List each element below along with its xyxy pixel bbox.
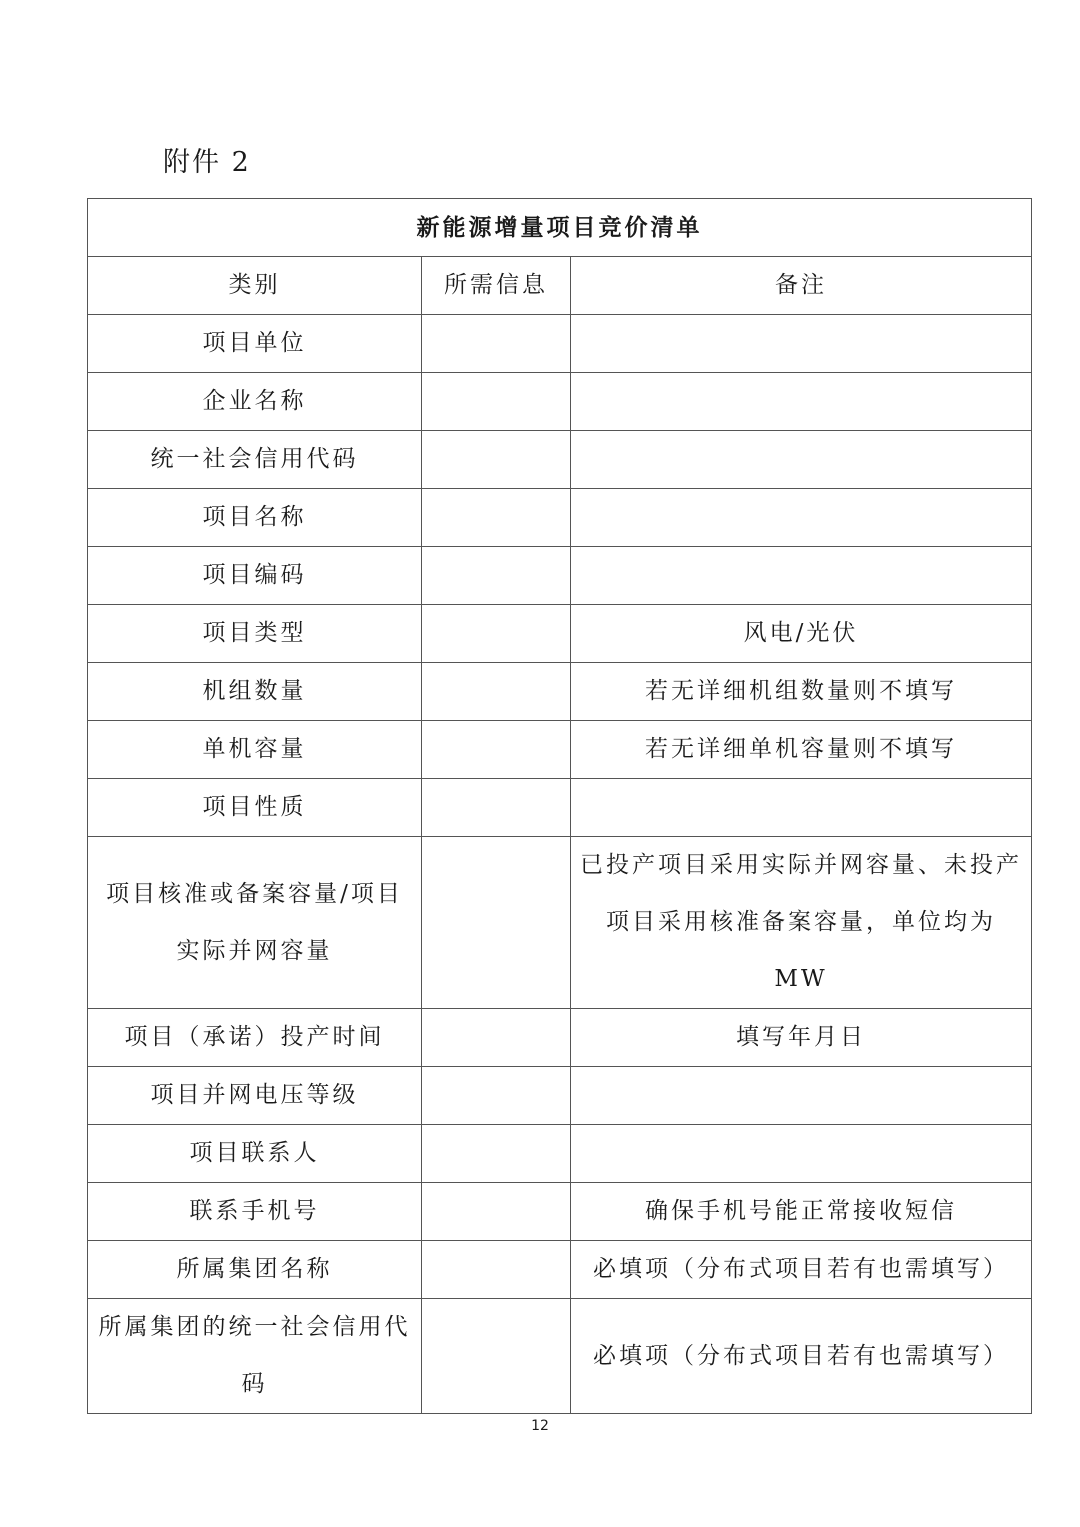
cell-category: 项目编码 <box>88 547 422 605</box>
cell-note: 若无详细机组数量则不填写 <box>571 663 1032 721</box>
header-info: 所需信息 <box>422 257 571 315</box>
table-row: 项目联系人 <box>88 1125 1032 1183</box>
cell-info[interactable] <box>422 1241 571 1299</box>
table-header-row: 类别 所需信息 备注 <box>88 257 1032 315</box>
cell-note: 必填项（分布式项目若有也需填写） <box>571 1299 1032 1414</box>
cell-info[interactable] <box>422 547 571 605</box>
cell-note <box>571 1125 1032 1183</box>
cell-note: 若无详细单机容量则不填写 <box>571 721 1032 779</box>
cell-note <box>571 373 1032 431</box>
table-row: 所属集团名称必填项（分布式项目若有也需填写） <box>88 1241 1032 1299</box>
table-title: 新能源增量项目竞价清单 <box>88 199 1032 257</box>
table-row: 项目名称 <box>88 489 1032 547</box>
cell-category: 项目性质 <box>88 779 422 837</box>
table-row: 项目性质 <box>88 779 1032 837</box>
table-row: 项目类型风电/光伏 <box>88 605 1032 663</box>
header-category: 类别 <box>88 257 422 315</box>
cell-info[interactable] <box>422 721 571 779</box>
cell-info[interactable] <box>422 605 571 663</box>
cell-info[interactable] <box>422 837 571 1009</box>
cell-info[interactable] <box>422 431 571 489</box>
cell-note <box>571 315 1032 373</box>
cell-info[interactable] <box>422 663 571 721</box>
cell-note <box>571 1067 1032 1125</box>
bid-list-table: 新能源增量项目竞价清单 类别 所需信息 备注 项目单位企业名称统一社会信用代码项… <box>87 198 1032 1414</box>
cell-info[interactable] <box>422 1067 571 1125</box>
cell-category: 机组数量 <box>88 663 422 721</box>
cell-info[interactable] <box>422 1125 571 1183</box>
cell-info[interactable] <box>422 1299 571 1414</box>
table-row: 单机容量若无详细单机容量则不填写 <box>88 721 1032 779</box>
cell-note: 风电/光伏 <box>571 605 1032 663</box>
table-title-row: 新能源增量项目竞价清单 <box>88 199 1032 257</box>
cell-category: 项目名称 <box>88 489 422 547</box>
cell-category: 所属集团名称 <box>88 1241 422 1299</box>
cell-info[interactable] <box>422 315 571 373</box>
cell-note <box>571 489 1032 547</box>
table-row: 项目核准或备案容量/项目实际并网容量已投产项目采用实际并网容量、未投产项目采用核… <box>88 837 1032 1009</box>
cell-note: 必填项（分布式项目若有也需填写） <box>571 1241 1032 1299</box>
cell-note <box>571 779 1032 837</box>
page-number: 12 <box>0 1418 1080 1434</box>
cell-category: 统一社会信用代码 <box>88 431 422 489</box>
table-row: 联系手机号确保手机号能正常接收短信 <box>88 1183 1032 1241</box>
cell-note: 确保手机号能正常接收短信 <box>571 1183 1032 1241</box>
table-row: 统一社会信用代码 <box>88 431 1032 489</box>
cell-note <box>571 547 1032 605</box>
table-row: 项目单位 <box>88 315 1032 373</box>
cell-info[interactable] <box>422 489 571 547</box>
table-row: 所属集团的统一社会信用代码必填项（分布式项目若有也需填写） <box>88 1299 1032 1414</box>
table-row: 企业名称 <box>88 373 1032 431</box>
header-note: 备注 <box>571 257 1032 315</box>
cell-note: 填写年月日 <box>571 1009 1032 1067</box>
table-row: 项目并网电压等级 <box>88 1067 1032 1125</box>
cell-category: 项目单位 <box>88 315 422 373</box>
cell-category: 企业名称 <box>88 373 422 431</box>
cell-info[interactable] <box>422 1009 571 1067</box>
cell-category: 项目核准或备案容量/项目实际并网容量 <box>88 837 422 1009</box>
cell-info[interactable] <box>422 779 571 837</box>
cell-info[interactable] <box>422 373 571 431</box>
cell-category: 项目联系人 <box>88 1125 422 1183</box>
table-row: 项目编码 <box>88 547 1032 605</box>
cell-note: 已投产项目采用实际并网容量、未投产项目采用核准备案容量，单位均为 MW <box>571 837 1032 1009</box>
cell-category: 项目并网电压等级 <box>88 1067 422 1125</box>
attachment-label: 附件 2 <box>163 140 251 179</box>
cell-category: 项目（承诺）投产时间 <box>88 1009 422 1067</box>
cell-category: 单机容量 <box>88 721 422 779</box>
table-row: 机组数量若无详细机组数量则不填写 <box>88 663 1032 721</box>
cell-note <box>571 431 1032 489</box>
cell-info[interactable] <box>422 1183 571 1241</box>
cell-category: 项目类型 <box>88 605 422 663</box>
cell-category: 所属集团的统一社会信用代码 <box>88 1299 422 1414</box>
cell-category: 联系手机号 <box>88 1183 422 1241</box>
table-row: 项目（承诺）投产时间填写年月日 <box>88 1009 1032 1067</box>
